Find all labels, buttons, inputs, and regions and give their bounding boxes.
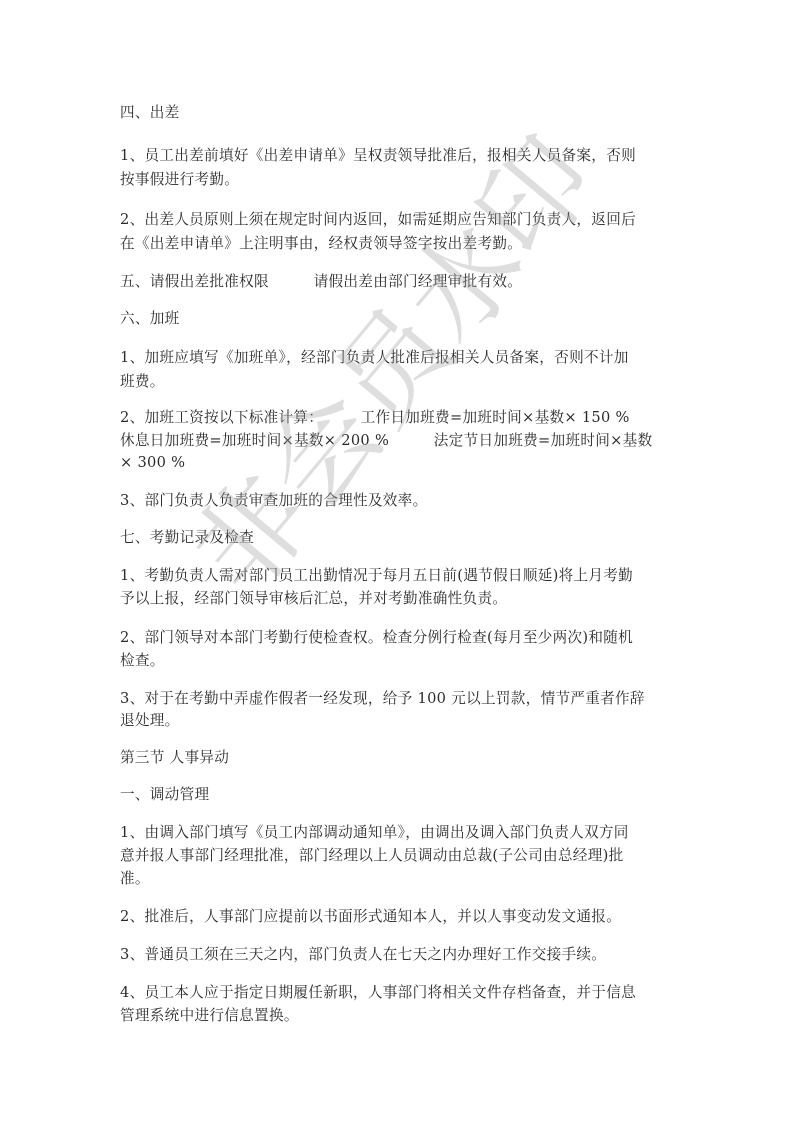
paragraph-line: × 300 % [120,451,690,474]
paragraph-line: 检查。 [120,649,690,672]
paragraph-line: 3、对于在考勤中弄虚作假者一经发现，给予 100 元以上罚款，情节严重者作辞 [120,687,690,710]
paragraph-line: 2、出差人员原则上须在规定时间内返回，如需延期应告知部门负责人，返回后 [120,208,690,231]
section-heading-business-trip: 四、出差 [120,101,690,124]
paragraph-line: 2、部门领导对本部门考勤行使检查权。检查分例行检查(每月至少两次)和随机 [120,626,690,649]
paragraph-line: 1、加班应填写《加班单》，经部门负责人批准后报相关人员备案，否则不计加 [120,346,690,369]
section-heading-transfer-management: 一、调动管理 [120,783,690,806]
paragraph-line: 3、普通员工须在三天之内，部门负责人在七天之内办理好工作交接手续。 [120,943,690,966]
paragraph-line: 1、员工出差前填好《出差申请单》呈权责领导批准后，报相关人员备案，否则 [120,144,690,167]
paragraph-line: 2、加班工资按以下标准计算： 工作日加班费=加班时间×基数× 150 % [120,406,690,429]
paragraph-line: 1、考勤负责人需对部门员工出勤情况于每月五日前(遇节假日顺延)将上月考勤 [120,564,690,587]
section-heading-approval-authority: 五、请假出差批准权限 请假出差由部门经理审批有效。 [120,270,690,293]
paragraph-line: 休息日加班费=加班时间×基数× 200 % 法定节日加班费=加班时间×基数 [120,429,690,452]
paragraph-line: 2、批准后，人事部门应提前以书面形式通知本人，并以人事变动发文通报。 [120,905,690,928]
paragraph-line: 3、部门负责人负责审查加班的合理性及效率。 [120,489,690,512]
paragraph-line: 按事假进行考勤。 [120,168,690,191]
section-heading-overtime: 六、加班 [120,307,690,330]
paragraph-line: 准。 [120,867,690,890]
paragraph-line: 意并报人事部门经理批准，部门经理以上人员调动由总裁(子公司由总经理)批 [120,844,690,867]
paragraph-line: 4、员工本人应于指定日期履任新职，人事部门将相关文件存档备查，并于信息 [120,981,690,1004]
section-heading-attendance-records: 七、考勤记录及检查 [120,526,690,549]
paragraph-line: 退处理。 [120,709,690,732]
document-page: 四、出差 1、员工出差前填好《出差申请单》呈权责领导批准后，报相关人员备案，否则… [0,0,800,1131]
paragraph-line: 1、由调入部门填写《员工内部调动通知单》，由调出及调入部门负责人双方同 [120,821,690,844]
paragraph-line: 班费。 [120,370,690,393]
chapter-heading-personnel-changes: 第三节 人事异动 [120,746,690,769]
paragraph-line: 予以上报，经部门领导审核后汇总，并对考勤准确性负责。 [120,587,690,610]
paragraph-line: 在《出差申请单》上注明事由，经权责领导签字按出差考勤。 [120,232,690,255]
paragraph-line: 管理系统中进行信息置换。 [120,1004,690,1027]
